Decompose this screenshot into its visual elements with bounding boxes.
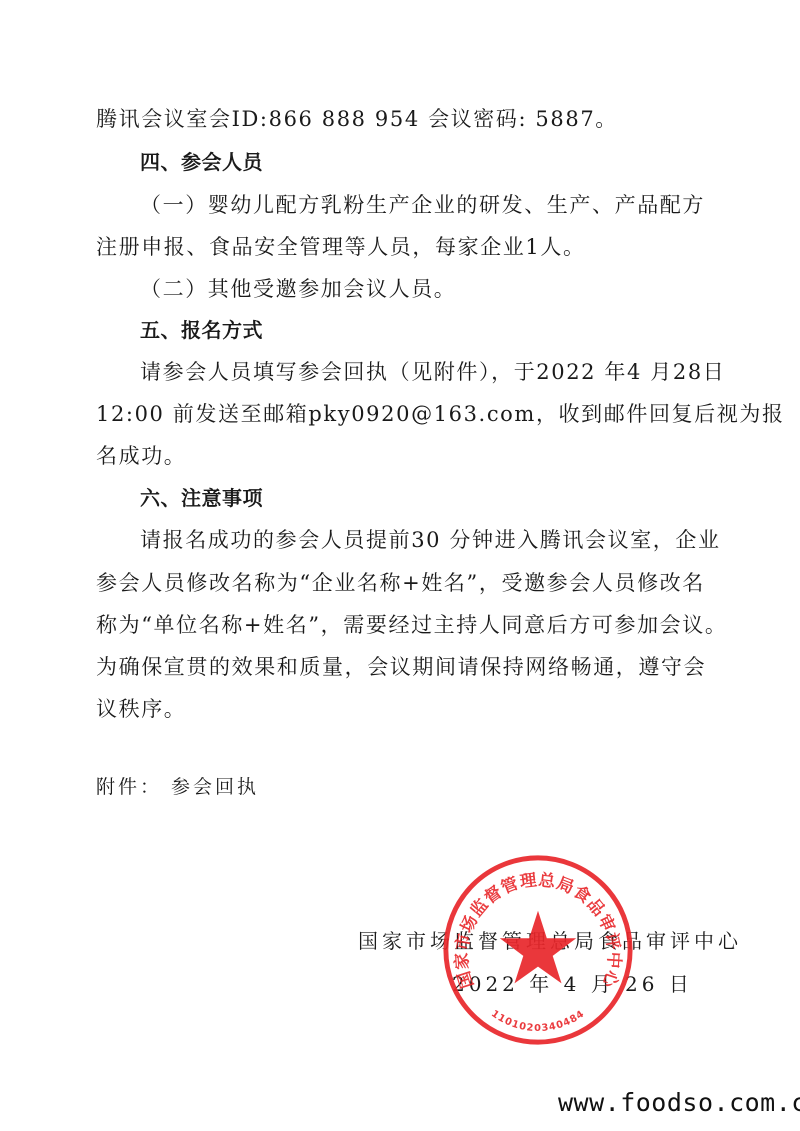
attachment-line: 附件： 参会回执 [96, 775, 259, 799]
section-5-line-1: 请参会人员填写参会回执（见附件），于2022 年4 月28日 [140, 360, 725, 384]
document-page: 腾讯会议室会ID:866 888 954 会议密码: 5887。 四、参会人员 … [0, 0, 800, 1131]
section-6-heading: 六、注意事项 [140, 486, 263, 510]
watermark-url: www.foodso.com.cn [558, 1088, 800, 1117]
section-6-line-4: 为确保宣贯的效果和质量，会议期间请保持网络畅通，遵守会 [96, 655, 706, 679]
section-4-item-2: （二）其他受邀参加会议人员。 [140, 277, 456, 301]
section-4-heading: 四、参会人员 [140, 150, 263, 174]
meeting-id-line: 腾讯会议室会ID:866 888 954 会议密码: 5887。 [96, 107, 618, 131]
signature-date: 2022 年 4 月 26 日 [452, 968, 693, 997]
signature-org: 国家市场监督管理总局食品审评中心 [358, 925, 742, 954]
section-5-line-2: 12:00 前发送至邮箱pky0920@163.com，收到邮件回复后视为报 [96, 402, 785, 426]
section-4-item-1-line-1: （一）婴幼儿配方乳粉生产企业的研发、生产、产品配方 [140, 193, 705, 217]
section-6-line-5: 议秩序。 [96, 697, 186, 721]
section-6-line-2: 参会人员修改名称为“企业名称+姓名”，受邀参会人员修改名 [96, 571, 705, 595]
section-4-item-1-line-2: 注册申报、食品安全管理等人员，每家企业1人。 [96, 235, 586, 259]
section-6-line-1: 请报名成功的参会人员提前30 分钟进入腾讯会议室，企业 [140, 528, 721, 552]
svg-text:1101020340484: 1101020340484 [489, 1008, 587, 1034]
section-5-line-3: 名成功。 [96, 444, 186, 468]
section-6-line-3: 称为“单位名称+姓名”，需要经过主持人同意后方可参加会议。 [96, 613, 727, 637]
section-5-heading: 五、报名方式 [140, 318, 263, 342]
